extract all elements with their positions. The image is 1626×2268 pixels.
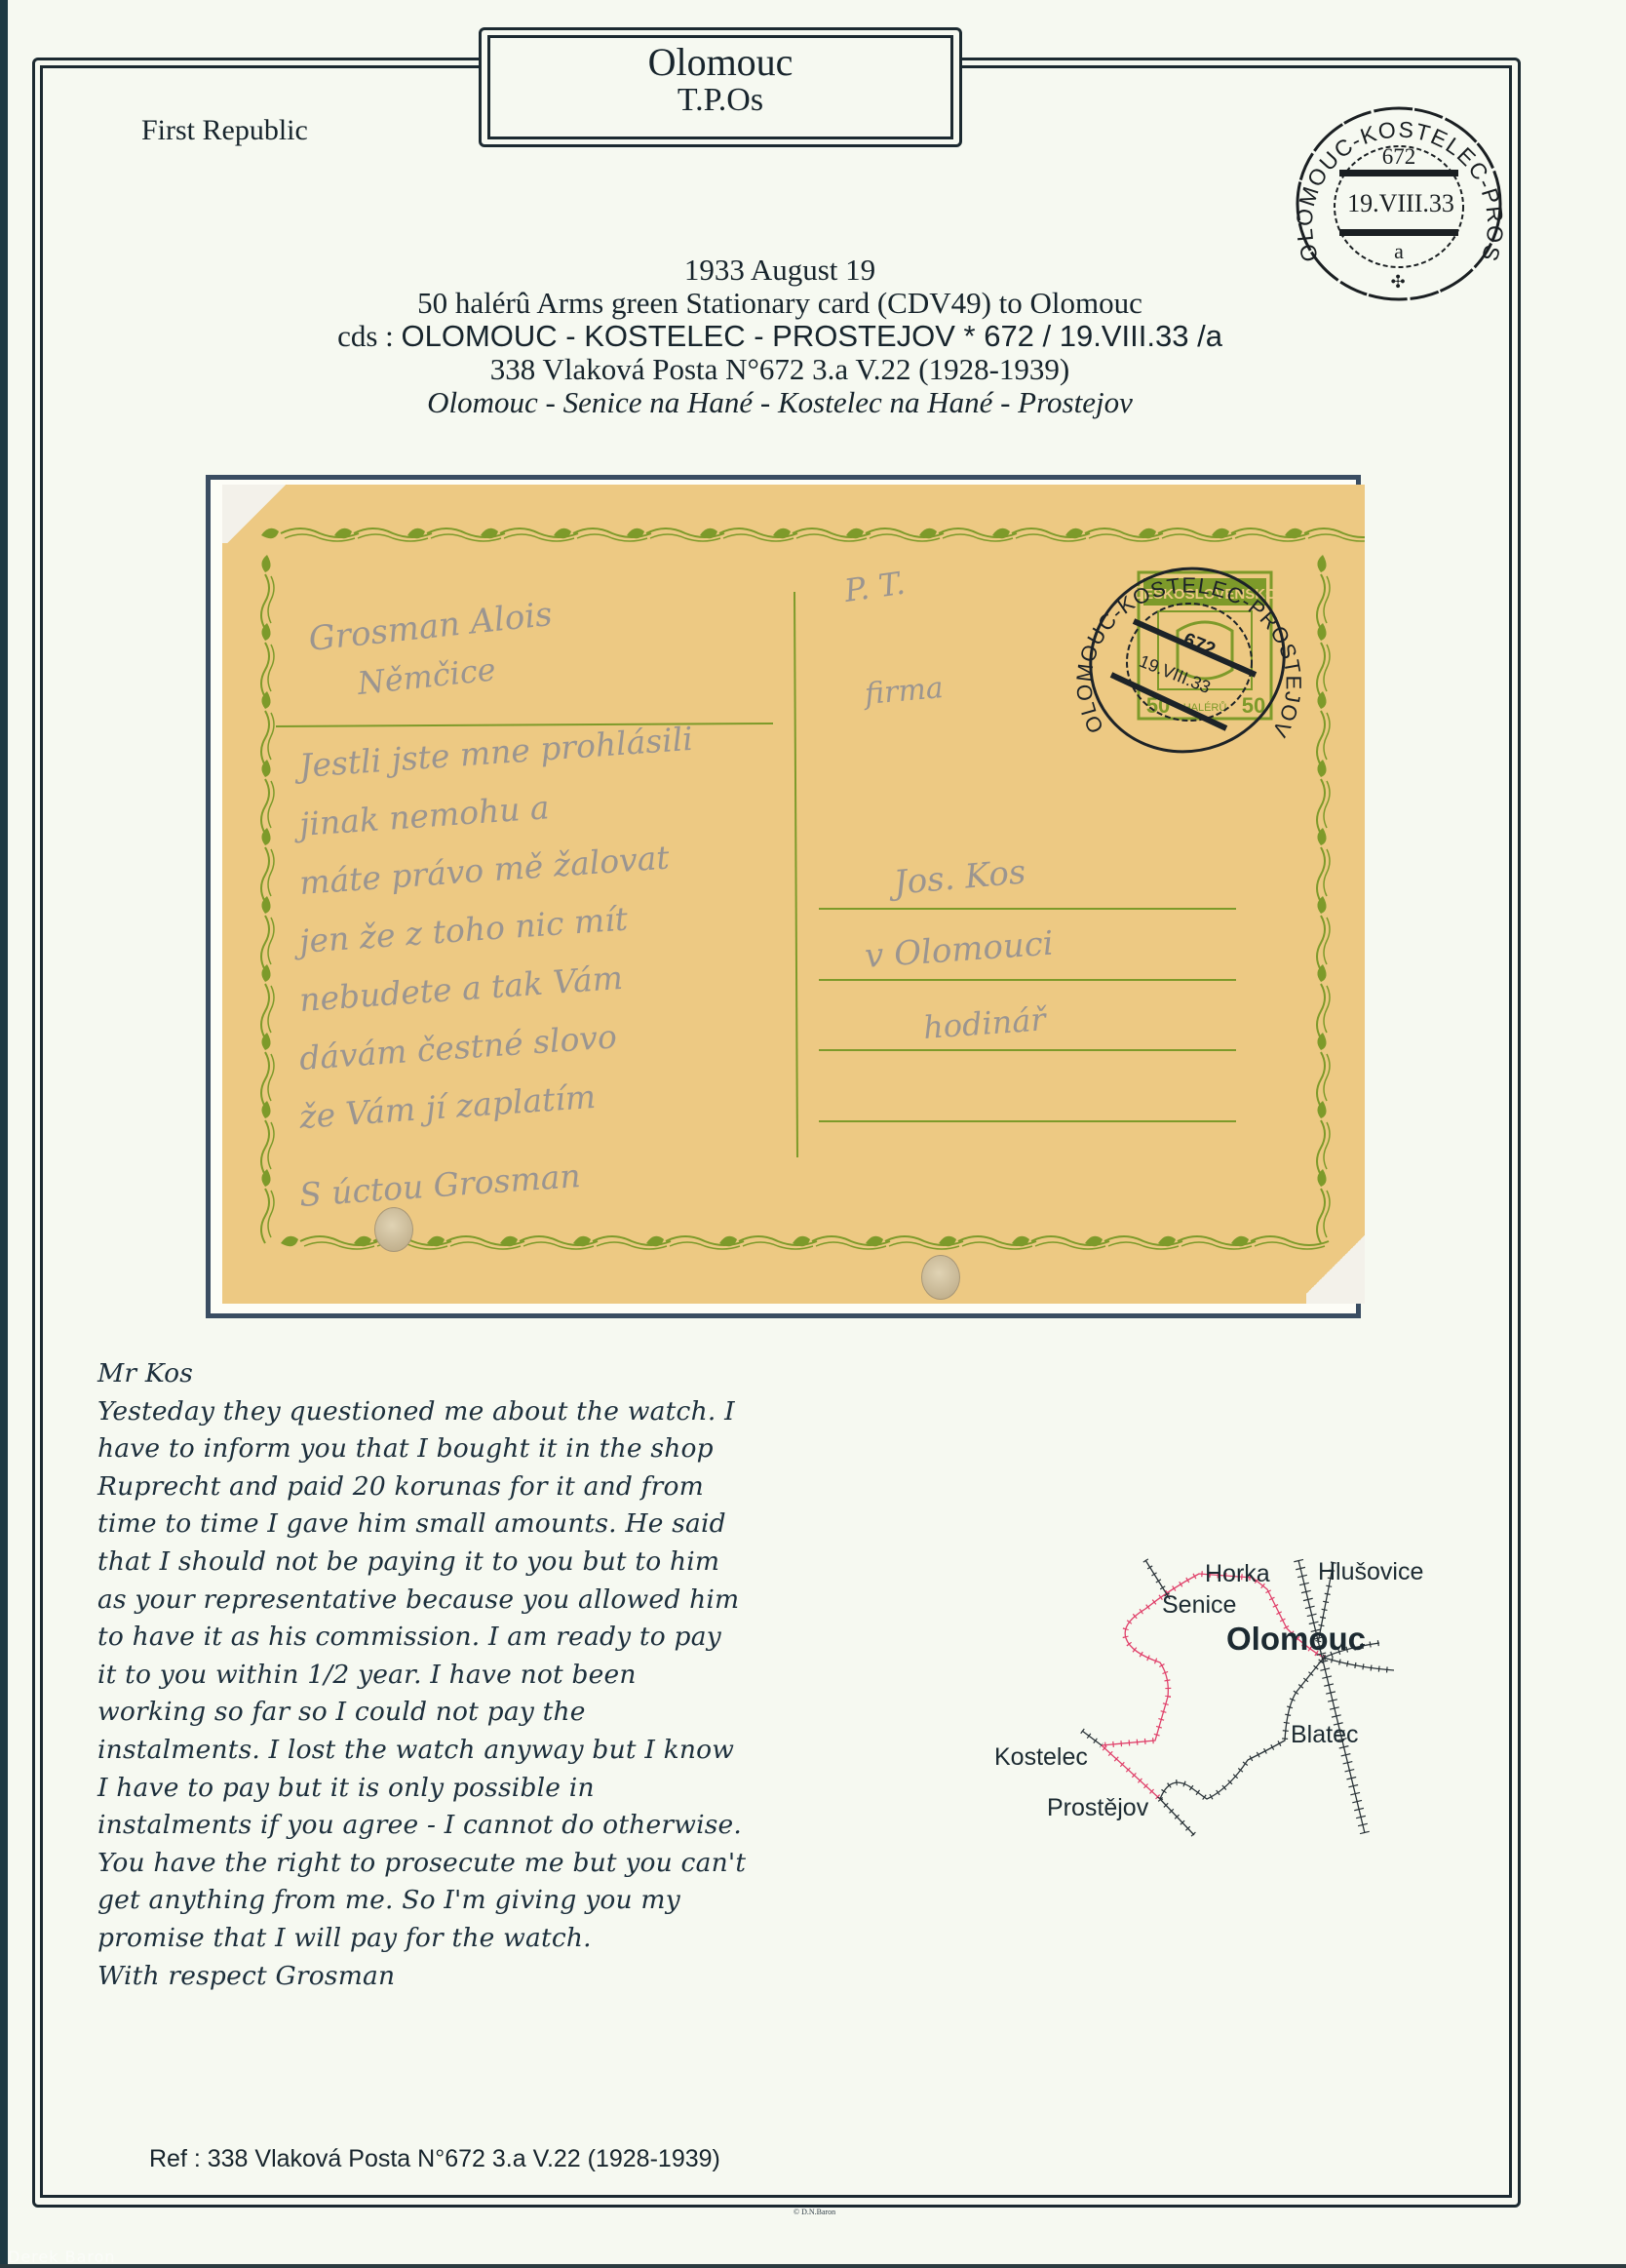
svg-text:dávám čestné slovo: dávám čestné slovo: [298, 1017, 618, 1077]
caption-date: 1933 August 19: [234, 254, 1326, 287]
svg-text:jinak nemohu a: jinak nemohu a: [291, 788, 551, 843]
postal-stationery-card: ČESKOSLOVENSKO5050HALÉRŮ67219.VIII.33OLO…: [222, 485, 1365, 1304]
item-caption: 1933 August 19 50 halérû Arms green Stat…: [234, 254, 1326, 419]
map-label-blatec: Blatec: [1291, 1721, 1358, 1749]
page-title: Olomouc: [490, 42, 950, 83]
caption-route: Olomouc - Senice na Hané - Kostelec na H…: [234, 386, 1326, 419]
mount-hinge: [921, 1255, 960, 1300]
svg-text:Grosman Alois: Grosman Alois: [307, 595, 555, 659]
postmark-ornament: ✣: [1390, 272, 1405, 293]
svg-text:P. T.: P. T.: [841, 565, 908, 609]
postmark-date: 19.VIII.33: [1347, 189, 1454, 217]
scan-edge: [0, 0, 8, 2268]
reference-footnote: Ref : 338 Vlaková Posta N°672 3.a V.22 (…: [149, 2145, 720, 2173]
svg-text:Němčice: Němčice: [355, 650, 497, 702]
caption-reference: 338 Vlaková Posta N°672 3.a V.22 (1928-1…: [234, 353, 1326, 386]
postmark-letter: a: [1394, 239, 1404, 263]
copyright: © D.N.Baron: [794, 2208, 835, 2216]
route-map: Horka Hlušovice Senice Olomouc Blatec Ko…: [975, 1531, 1462, 1853]
svg-text:že Vám jí zaplatím: že Vám jí zaplatím: [297, 1077, 597, 1136]
svg-text:hodinář: hodinář: [922, 1000, 1050, 1046]
map-label-kostelec: Kostelec: [994, 1743, 1088, 1772]
map-label-prostejov: Prostějov: [1047, 1794, 1148, 1822]
caption-description: 50 halérû Arms green Stationary card (CD…: [234, 287, 1326, 320]
map-label-senice: Senice: [1162, 1591, 1236, 1620]
svg-text:firma: firma: [862, 671, 945, 712]
svg-text:Jos. Kos: Jos. Kos: [886, 852, 1027, 903]
caption-cds-value: OLOMOUC - KOSTELEC - PROSTEJOV * 672 / 1…: [402, 319, 1222, 353]
card-printing: ČESKOSLOVENSKO5050HALÉRŮ67219.VIII.33OLO…: [222, 485, 1365, 1304]
scan-edge-bottom: [0, 2264, 1626, 2268]
map-label-hlusovice: Hlušovice: [1318, 1558, 1423, 1586]
period-label: First Republic: [141, 114, 308, 147]
map-label-horka: Horka: [1205, 1560, 1270, 1588]
svg-text:S úctou Grosman: S úctou Grosman: [298, 1156, 582, 1214]
title-box: Olomouc T.P.Os: [487, 35, 953, 139]
caption-cds: cds : OLOMOUC - KOSTELEC - PROSTEJOV * 6…: [234, 320, 1326, 353]
map-label-olomouc: Olomouc: [1226, 1621, 1366, 1658]
svg-text:v Olomouci: v Olomouci: [864, 924, 1055, 976]
svg-text:nebudete a tak Vám: nebudete a tak Vám: [298, 958, 624, 1019]
page-subtitle: T.P.Os: [490, 83, 950, 118]
svg-text:Jestli jste mne prohlásili: Jestli jste mne prohlásili: [292, 720, 694, 786]
svg-text:máte právo mě žalovat: máte právo mě žalovat: [298, 839, 672, 902]
translation-text: Mr Kos Yesteday they questioned me about…: [97, 1355, 897, 1995]
mount-hinge: [374, 1207, 413, 1252]
postmark-number: 672: [1382, 144, 1416, 169]
svg-text:jen že z toho nic mít: jen že z toho nic mít: [291, 899, 630, 960]
